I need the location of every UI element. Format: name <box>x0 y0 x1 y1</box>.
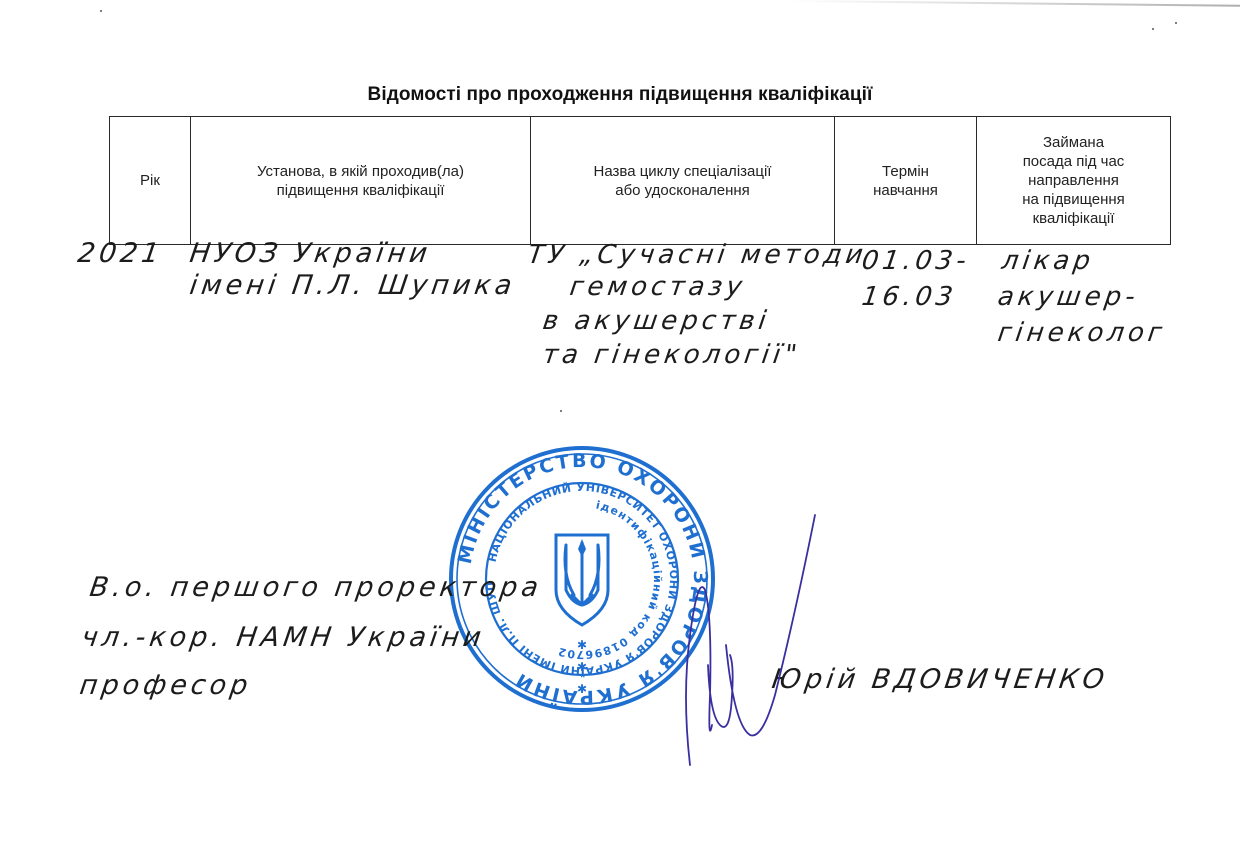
signatory-title-line: В.о. першого проректора <box>88 572 544 603</box>
stamp-star-icon: ✱ <box>577 638 587 652</box>
qualification-table: Рік Установа, в якій проходив(ла) підвищ… <box>109 116 1171 245</box>
signatory-title-line: чл.-кор. НАМН України <box>80 622 487 653</box>
entry-year: 2021 <box>76 238 165 269</box>
header-institution-line: Установа, в якій проходив(ла) <box>257 163 464 180</box>
header-position-line: на підвищення <box>1022 191 1125 208</box>
entry-course-line: гемостазу <box>568 272 748 302</box>
header-position-line: направлення <box>1028 172 1119 189</box>
header-period: Термін навчання <box>835 117 977 245</box>
header-position-line: Займана <box>1043 134 1104 151</box>
entry-period-line: 01.03- <box>860 246 972 276</box>
trident-icon <box>556 535 608 625</box>
signatory-name: Юрій ВДОВИЧЕНКО <box>770 664 1110 695</box>
header-course: Назва циклу спеціалізації або удосконале… <box>531 117 835 245</box>
entry-period-line: 16.03 <box>860 282 959 312</box>
signature-scribble <box>650 495 820 775</box>
header-course-line: або удосконалення <box>615 182 750 199</box>
header-institution: Установа, в якій проходив(ла) підвищення… <box>191 117 531 245</box>
entry-institution-line: імені П.Л. Шупика <box>188 270 518 301</box>
entry-course-line: ТУ „Сучасні методи <box>526 240 869 270</box>
entry-position-line: лікар <box>1000 246 1096 276</box>
entry-position-line: акушер- <box>996 282 1141 312</box>
scan-speck <box>560 410 562 412</box>
header-position-line: посада під час <box>1023 153 1125 170</box>
document-title: Відомості про проходження підвищення ква… <box>0 84 1240 106</box>
entry-institution-line: НУОЗ України <box>188 238 433 269</box>
table-header-row: Рік Установа, в якій проходив(ла) підвищ… <box>110 117 1171 245</box>
stamp-star-icon: ✱ <box>577 660 587 674</box>
entry-position-line: гінеколог <box>996 318 1168 348</box>
scan-speck <box>1175 22 1177 24</box>
header-position-line: кваліфікації <box>1033 210 1115 227</box>
header-course-line: Назва циклу спеціалізації <box>594 163 772 180</box>
header-institution-line: підвищення кваліфікації <box>277 182 445 199</box>
header-year: Рік <box>110 117 191 245</box>
scan-speck <box>1152 28 1154 30</box>
scan-speck <box>100 10 102 12</box>
header-year-label: Рік <box>140 172 160 189</box>
entry-course-line: в акушерстві <box>541 306 772 336</box>
signatory-title-line: професор <box>78 670 254 701</box>
header-period-line: Термін <box>882 163 929 180</box>
header-position: Займана посада під час направлення на пі… <box>977 117 1171 245</box>
stamp-star-icon: ✱ <box>577 682 587 696</box>
entry-course-line: та гінекології" <box>541 340 803 370</box>
header-period-line: навчання <box>873 182 938 199</box>
scan-edge-artifact <box>790 0 1240 7</box>
